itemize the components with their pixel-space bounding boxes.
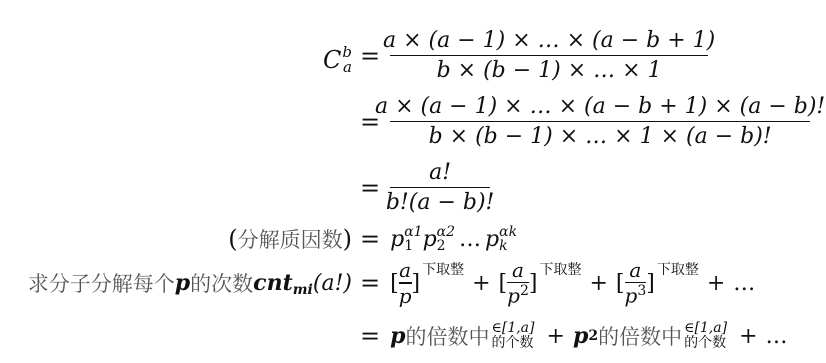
den-base: p (507, 284, 520, 308)
paren-close: ) (343, 225, 352, 253)
line5-lhs: 求分子分解每个 p 的次数 cnt mi (a!) (30, 266, 352, 300)
prime-base-k: p (485, 227, 499, 252)
bracket-close: ] (646, 271, 655, 296)
plus-sign: + (472, 271, 490, 296)
numerator: a × (a − 1) × … × (a − b + 1) (381, 28, 717, 55)
equals-sign: = (360, 42, 380, 70)
floor-denominator: p3 (625, 283, 647, 308)
multiple-exponent-2: 2 (588, 328, 598, 344)
plus-sign: + (589, 271, 607, 296)
multiple-base-2: p (573, 323, 588, 349)
den-base: p (625, 284, 638, 308)
exponent-1: α1 (404, 225, 422, 239)
range-top: ∈[1,a] (684, 321, 727, 336)
paren-open: ( (228, 225, 237, 253)
bracket-open: [ (499, 271, 508, 296)
fraction: a × (a − 1) × … × (a − b + 1) × (a − b)!… (390, 94, 810, 149)
bracket-close: ] (412, 271, 421, 296)
equals-sign: = (360, 322, 380, 350)
prime-base-2: p (423, 227, 437, 252)
multiple-label-1: 的倍数中 (406, 321, 490, 351)
multiple-label-2: 的倍数中 (598, 321, 682, 351)
den-exponent: 3 (637, 283, 646, 299)
floor-label: 下取整 (422, 259, 464, 279)
range-stack-1: ∈[1,a] 的个数 (492, 321, 535, 352)
numerator: a! (427, 160, 453, 187)
fraction: a × (a − 1) × … × (a − b + 1) b × (b − 1… (390, 28, 708, 83)
exponent-k: αk (499, 225, 517, 239)
line1-lhs: C b a (300, 40, 352, 80)
line3: = a! b!(a − b)! (352, 160, 490, 215)
ellipsis: … (733, 271, 755, 296)
line2: = a × (a − 1) × … × (a − b + 1) × (a − b… (352, 94, 810, 149)
index-1: 1 (404, 239, 422, 253)
range-top: ∈[1,a] (492, 321, 535, 336)
numerator: a × (a − 1) × … × (a − b + 1) × (a − b)! (373, 94, 826, 121)
bracket-close: ] (529, 271, 538, 296)
line4-lhs: ( 分解质因数 ) (200, 222, 352, 256)
line5: = [ a p ] 下取整 + [ a p2 ] 下取整 + [ a p3 ] … (352, 258, 755, 308)
factorize-label: 分解质因数 (238, 224, 343, 254)
binomial-base: C (323, 46, 341, 74)
equals-sign: = (360, 174, 380, 202)
equals-sign: = (360, 225, 380, 253)
ellipsis: … (766, 324, 788, 349)
floor-term-2: a p2 (507, 258, 529, 308)
floor-denominator: p (399, 284, 412, 308)
index-2: 2 (437, 239, 455, 253)
binomial-sub: a (342, 60, 352, 75)
range-bottom: 的个数 (684, 336, 726, 351)
floor-label: 下取整 (539, 259, 581, 279)
equals-sign: = (360, 269, 380, 297)
range-bottom: 的个数 (492, 336, 534, 351)
floor-numerator: a (512, 258, 524, 282)
multiple-base-1: p (390, 323, 405, 349)
count-label-2: 的次数 (190, 268, 253, 298)
floor-numerator: a (629, 258, 641, 282)
denominator: b!(a − b)! (384, 188, 497, 215)
denominator: b × (b − 1) × … × 1 (435, 56, 664, 83)
bracket-open: [ (616, 271, 625, 296)
plus-sign: + (547, 324, 565, 349)
count-label-1: 求分子分解每个 (28, 268, 175, 298)
line4: = p α1 1 p α2 2 … p αk k (352, 220, 517, 258)
den-exponent: 2 (520, 283, 529, 299)
fraction: a! b!(a − b)! (390, 160, 490, 215)
prime-base-1: p (390, 227, 404, 252)
cnt-argument: (a!) (313, 271, 352, 296)
floor-numerator: a (399, 258, 411, 282)
cnt-subscript: mi (293, 282, 313, 298)
floor-label: 下取整 (657, 259, 699, 279)
prime-p: p (175, 270, 190, 296)
floor-term-3: a p3 (625, 258, 647, 308)
ellipsis: … (459, 227, 481, 252)
plus-sign: + (739, 324, 757, 349)
floor-denominator: p2 (507, 283, 529, 308)
floor-term-1: a p (399, 258, 412, 307)
range-stack-2: ∈[1,a] 的个数 (684, 321, 727, 352)
index-k: k (499, 239, 517, 253)
line6: = p 的倍数中 ∈[1,a] 的个数 + p2 的倍数中 ∈[1,a] 的个数… (352, 314, 788, 358)
bracket-open: [ (390, 271, 399, 296)
exponent-2: α2 (437, 225, 455, 239)
cnt-function: cnt (253, 270, 293, 296)
line1: = a × (a − 1) × … × (a − b + 1) b × (b −… (352, 28, 708, 83)
denominator: b × (b − 1) × … × 1 × (a − b)! (427, 122, 774, 149)
plus-sign: + (707, 271, 725, 296)
